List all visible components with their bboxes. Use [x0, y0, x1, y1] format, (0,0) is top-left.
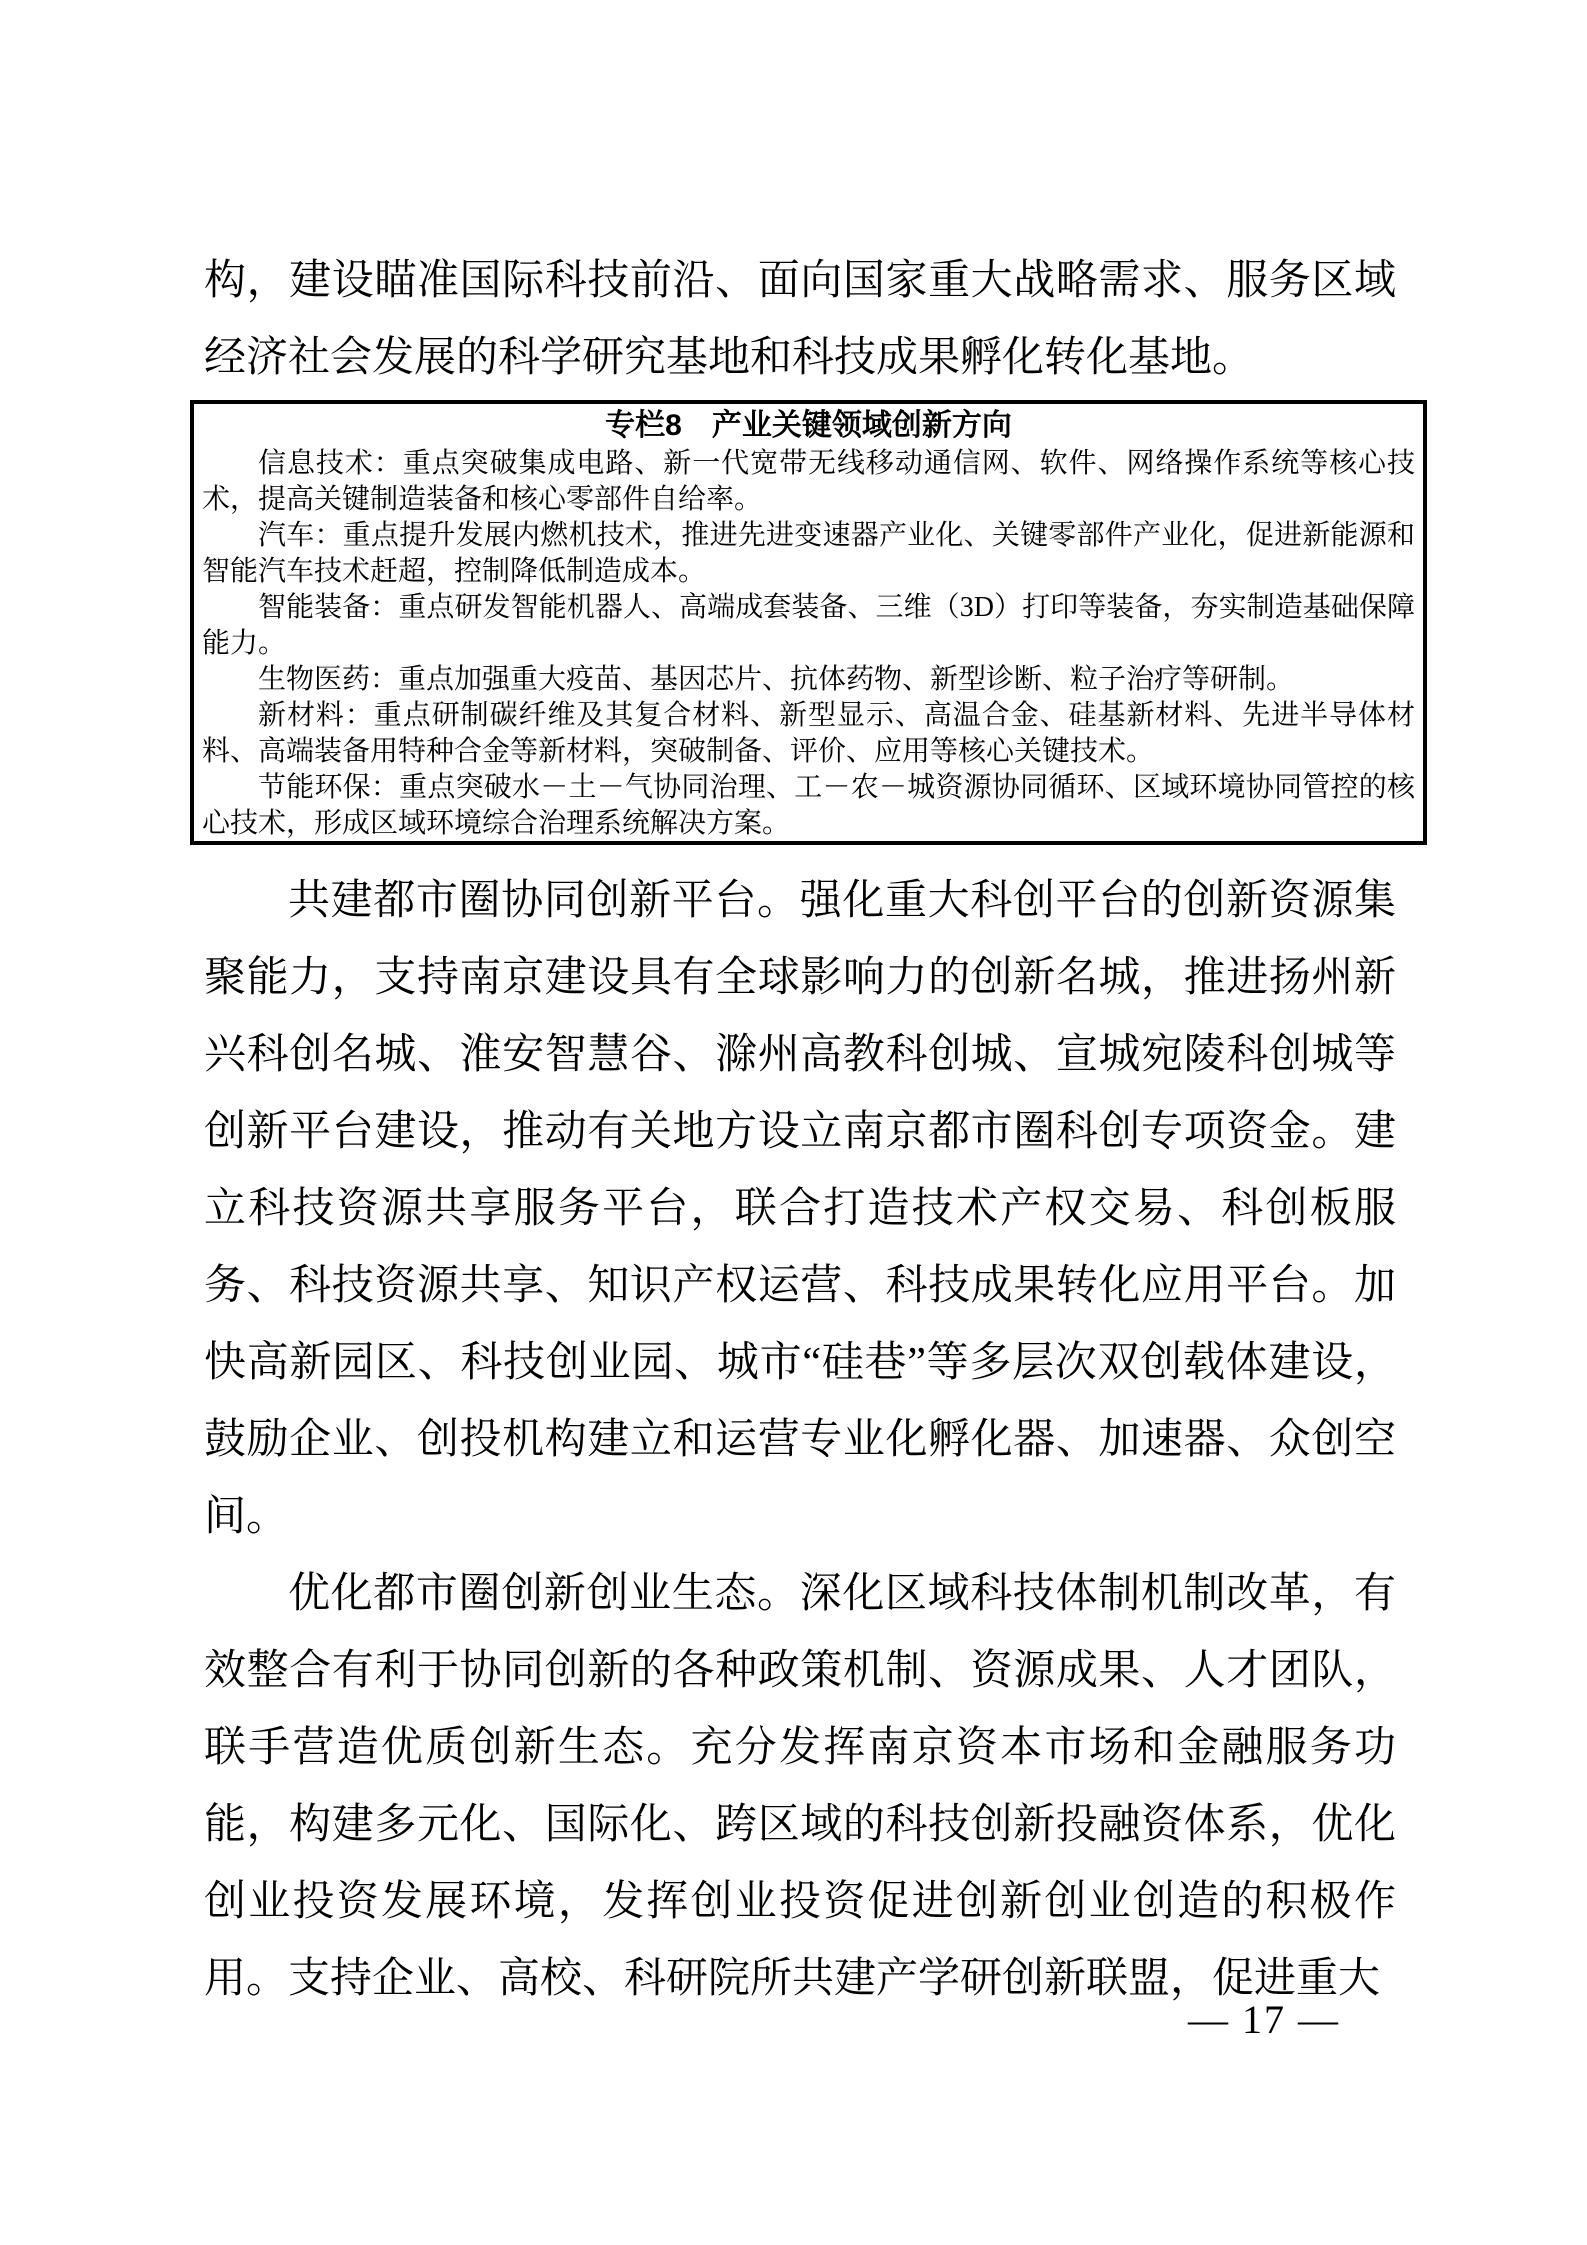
box-item-intelligent-equipment: 智能装备：重点研发智能机器人、高端成套装备、三维（3D）打印等装备，夯实制造基础… [202, 590, 1415, 662]
column-box-8: 专栏8 产业关键领域创新方向 信息技术：重点突破集成电路、新一代宽带无线移动通信… [190, 400, 1427, 845]
box-item-biomedicine: 生物医药：重点加强重大疫苗、基因芯片、抗体药物、新型诊断、粒子治疗等研制。 [202, 662, 1415, 698]
column-box-title: 专栏8 产业关键领域创新方向 [202, 406, 1415, 446]
box-item-automobile: 汽车：重点提升发展内燃机技术，推进先进变速器产业化、关键零部件产业化，促进新能源… [202, 518, 1415, 590]
page-number: — 17 — [1188, 1995, 1340, 2045]
box-item-new-materials: 新材料：重点研制碳纤维及其复合材料、新型显示、高温合金、硅基新材料、先进半导体材… [202, 698, 1415, 770]
paragraph-continuation: 构，建设瞄准国际科技前沿、面向国家重大战略需求、服务区域经济社会发展的科学研究基… [204, 243, 1396, 397]
document-page: 构，建设瞄准国际科技前沿、面向国家重大战略需求、服务区域经济社会发展的科学研究基… [0, 0, 1587, 2245]
paragraph-innovation-ecosystem: 优化都市圈创新创业生态。深化区域科技体制机制改革，有效整合有利于协同创新的各种政… [204, 1556, 1396, 2018]
box-item-information-technology: 信息技术：重点突破集成电路、新一代宽带无线移动通信网、软件、网络操作系统等核心技… [202, 446, 1415, 518]
paragraph-innovation-platform: 共建都市圈协同创新平台。强化重大科创平台的创新资源集聚能力，支持南京建设具有全球… [204, 863, 1396, 1556]
box-item-energy-saving-environmental-protection: 节能环保：重点突破水－土－气协同治理、工－农－城资源协同循环、区域环境协同管控的… [202, 770, 1415, 842]
body-text-flow: 共建都市圈协同创新平台。强化重大科创平台的创新资源集聚能力，支持南京建设具有全球… [204, 863, 1396, 2018]
